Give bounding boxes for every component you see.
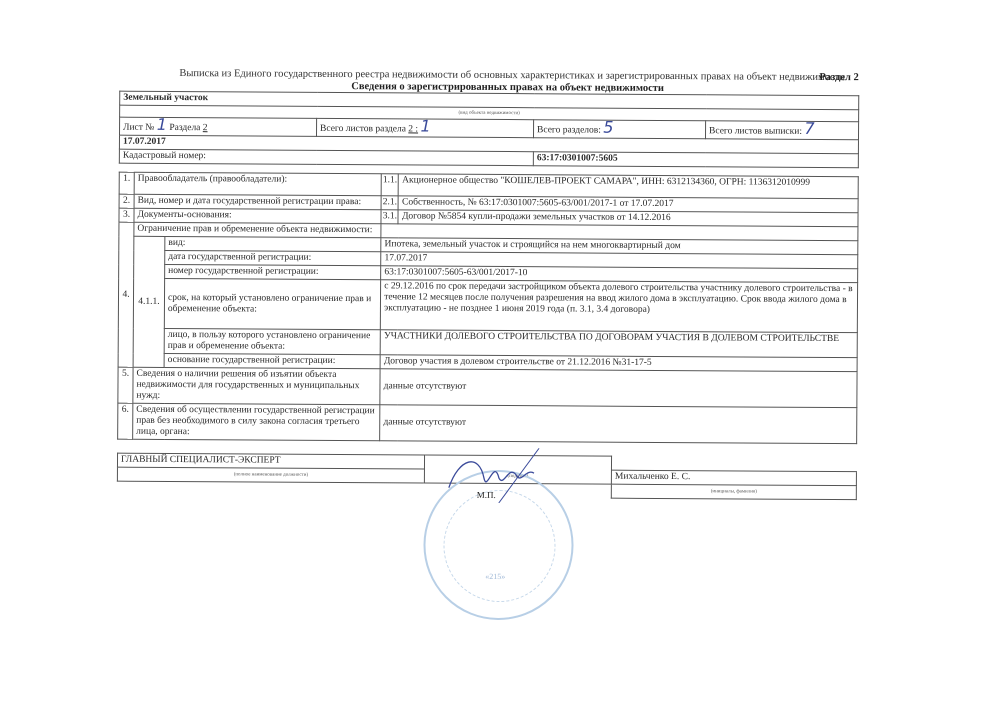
right-holder-value: Акционерное общество "КОШЕЛЕВ-ПРОЕКТ САМ…: [399, 174, 859, 199]
encumbrance-label: лицо, в пользу которого установлено огра…: [164, 328, 380, 354]
total-extract-sheets-cell: Всего листов выписки: 7: [705, 121, 858, 140]
total-section-sheets-handwritten: 1: [420, 117, 430, 136]
row-subnumber: 4.1.1.: [133, 236, 165, 367]
encumbrance-label: вид:: [165, 236, 381, 251]
cadastral-number: 63:17:0301007:5605: [533, 152, 858, 168]
sheet-label: Лист №: [123, 123, 154, 133]
official-name: Михальченко Е. С.: [611, 470, 856, 485]
row-subnumber: 1.1.: [381, 174, 398, 196]
seizure-value: данные отсутствуют: [380, 369, 857, 408]
name-caption: (инициалы, фамилия): [611, 484, 856, 499]
stamp-number: «215»: [485, 572, 505, 581]
row-label: Правообладатель (правообладатели):: [134, 172, 381, 196]
total-sections-handwritten: 5: [603, 118, 613, 137]
row-number: 1.: [119, 172, 134, 194]
total-sections-label: Всего разделов:: [537, 125, 601, 135]
row-number: 4.: [118, 222, 134, 367]
row-label: Сведения об осуществлении государственно…: [133, 403, 380, 441]
total-section-sheets-section: 2 :: [408, 124, 418, 134]
row-subnumber: 3.1.: [381, 210, 398, 224]
consent-value: данные отсутствуют: [380, 405, 857, 444]
total-section-sheets-cell: Всего листов раздела 2 : 1: [316, 118, 533, 137]
document-title: Выписка из Единого государственного реес…: [179, 68, 845, 83]
handwritten-signature-icon: [439, 448, 549, 504]
encumbrance-label: срок, на который установлено ограничение…: [164, 278, 381, 329]
cadastral-label: Кадастровый номер:: [119, 149, 533, 166]
total-section-sheets-label: Всего листов раздела: [320, 124, 406, 135]
total-extract-sheets-label: Всего листов выписки:: [709, 126, 802, 137]
document-page: Выписка из Единого государственного реес…: [0, 0, 1000, 701]
encumbrance-value: с 29.12.2016 по срок передачи застройщик…: [381, 280, 858, 333]
section-number-label: Раздела: [169, 123, 200, 133]
total-extract-sheets-handwritten: 7: [804, 119, 814, 138]
stamp-emblem: [443, 490, 556, 603]
total-sections-cell: Всего разделов: 5: [533, 120, 705, 139]
section-number-value: 2: [203, 123, 208, 133]
row-subnumber: 2.1.: [381, 196, 398, 210]
object-info-table: Земельный участок (вид объекта недвижимо…: [119, 91, 859, 169]
row-number: 2.: [119, 194, 134, 208]
row-number: 3.: [119, 208, 134, 222]
row-number: 6.: [118, 403, 133, 439]
row-label: Документы-основания:: [134, 208, 381, 224]
row-number: 5.: [118, 367, 133, 403]
rights-table: 1. Правообладатель (правообладатели): 1.…: [117, 172, 859, 445]
section-label: Раздел 2: [819, 72, 859, 83]
encumbrance-label: основание государственной регистрации:: [164, 353, 380, 368]
encumbrance-label: номер государственной регистрации:: [165, 264, 381, 279]
row-label: Ограничение прав и обременение объекта н…: [134, 222, 381, 238]
sheet-number-cell: Лист № 1 Раздела 2: [119, 117, 316, 136]
row-label: Вид, номер и дата государственной регист…: [134, 194, 381, 210]
sheet-number-handwritten: 1: [157, 115, 167, 134]
encumbrance-label: дата государственной регистрации:: [165, 250, 381, 265]
encumbrance-value: УЧАСТНИКИ ДОЛЕВОГО СТРОИТЕЛЬСТВА ПО ДОГО…: [380, 330, 857, 358]
row-label: Сведения о наличии решения об изъятии об…: [133, 367, 380, 405]
